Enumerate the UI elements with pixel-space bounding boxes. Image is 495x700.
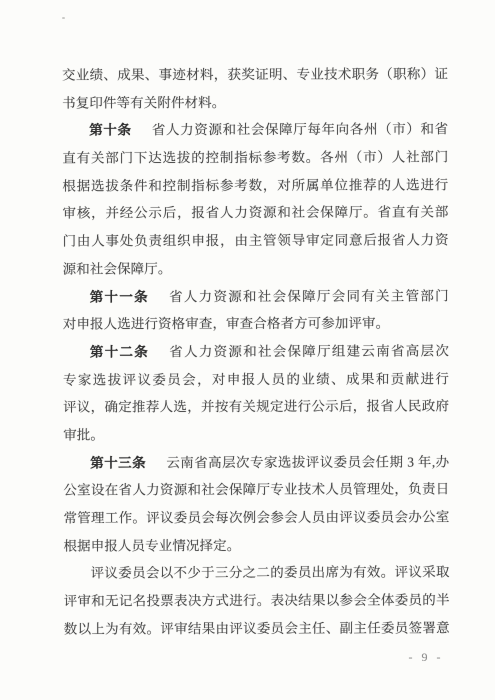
line-text: 审核，并经公示后，报省人力资源和社会保障厅。省直有关部 xyxy=(62,205,448,221)
line-text: 常管理工作。评议委员会每次例会参会人员由评议委员会办公室 xyxy=(63,509,449,525)
text-line: 直有关部门下达选拔的控制指标参考数。各州（市）人社部门 xyxy=(62,143,448,172)
text-line: 门由人事处负责组织申报，由主管领导审定同意后报省人力资 xyxy=(63,227,449,256)
line-text: 审批。 xyxy=(63,427,104,442)
text-line: 评议委员会以不少于三分之二的委员出席为有效。评议采取 xyxy=(64,559,450,588)
line-text: 评议委员会以不少于三分之二的委员出席为有效。评议采取 xyxy=(91,565,450,581)
text-line: 第十二条省人力资源和社会保障厅组建云南省高层次 xyxy=(63,337,449,366)
article-number: 第十一条 xyxy=(90,289,149,304)
line-text: 门由人事处负责组织申报，由主管领导审定同意后报省人力资 xyxy=(63,233,449,249)
text-line: 对申报人选进行资格审查，审查合格者方可参加评审。 xyxy=(63,310,449,339)
line-text: 省人力资源和社会保障厅每年向各州（市）和省 xyxy=(152,122,448,138)
article-number: 第十三条 xyxy=(90,455,146,470)
page-number: - 9 - xyxy=(398,650,454,665)
line-text: 直有关部门下达选拔的控制指标参考数。各州（市）人社部门 xyxy=(62,149,448,165)
text-line: 根据选拔条件和控制指标参考数，对所属单位推荐的人选进行 xyxy=(62,171,448,200)
line-text: 评议，确定推荐人选，并按有关规定进行公示后，报省人民政府 xyxy=(63,399,449,415)
text-line: 公室设在省人力资源和社会保障厅专业技术人员管理处，负责日 xyxy=(63,476,449,505)
text-line: 第十一条省人力资源和社会保障厅会同有关主管部门 xyxy=(63,282,449,311)
line-text: 省人力资源和社会保障厅组建云南省高层次 xyxy=(169,343,449,359)
article-number: 第十二条 xyxy=(90,344,149,359)
line-text: 省人力资源和社会保障厅会同有关主管部门 xyxy=(169,288,449,304)
text-line: 评议，确定推荐人选，并按有关规定进行公示后，报省人民政府 xyxy=(63,393,449,422)
text-line: 书复印件等有关附件材料。 xyxy=(62,88,448,117)
text-line: 评审和无记名投票表决方式进行。表决结果以参会全体委员的半 xyxy=(64,586,450,615)
line-text: 专家选拔评议委员会，对申报人员的业绩、成果和贡献进行 xyxy=(63,371,449,387)
text-line: 第十条省人力资源和社会保障厅每年向各州（市）和省 xyxy=(62,116,448,145)
line-text: 交业绩、成果、事迹材料，获奖证明、专业技术职务（职称）证 xyxy=(62,66,448,82)
line-text: 公室设在省人力资源和社会保障厅专业技术人员管理处，负责日 xyxy=(63,482,449,498)
text-line: 交业绩、成果、事迹材料，获奖证明、专业技术职务（职称）证 xyxy=(62,60,448,89)
text-line: 第十三条云南省高层次专家选拔评议委员会任期 3 年,办 xyxy=(63,448,449,477)
line-text: 源和社会保障厅。 xyxy=(63,261,172,276)
line-text: 数以上为有效。评审结果由评议委员会主任、副主任委员签署意 xyxy=(64,620,450,636)
line-text: 根据申报人员专业情况择定。 xyxy=(63,538,240,554)
article-number: 第十条 xyxy=(89,123,131,138)
text-line: 根据申报人员专业情况择定。 xyxy=(63,531,449,560)
text-block: 交业绩、成果、事迹材料，获奖证明、专业技术职务（职称）证书复印件等有关附件材料。… xyxy=(62,60,450,643)
line-text: 云南省高层次专家选拔评议委员会任期 3 年,办 xyxy=(166,454,449,470)
text-line: 审批。 xyxy=(63,420,449,449)
text-line: 源和社会保障厅。 xyxy=(63,254,449,283)
line-text: 评审和无记名投票表决方式进行。表决结果以参会全体委员的半 xyxy=(64,592,450,608)
text-line: 常管理工作。评议委员会每次例会参会人员由评议委员会办公室 xyxy=(63,503,449,532)
line-text: 对申报人选进行资格审查，审查合格者方可参加评审。 xyxy=(63,316,389,332)
text-line: 专家选拔评议委员会，对申报人员的业绩、成果和贡献进行 xyxy=(63,365,449,394)
line-text: 根据选拔条件和控制指标参考数，对所属单位推荐的人选进行 xyxy=(62,177,448,193)
document-page: 交业绩、成果、事迹材料，获奖证明、专业技术职务（职称）证书复印件等有关附件材料。… xyxy=(0,0,495,700)
scan-artifact-speck xyxy=(62,17,65,19)
text-line: 审核，并经公示后，报省人力资源和社会保障厅。省直有关部 xyxy=(62,199,448,228)
line-text: 书复印件等有关附件材料。 xyxy=(62,95,225,111)
text-line: 数以上为有效。评审结果由评议委员会主任、副主任委员签署意 xyxy=(64,614,450,643)
